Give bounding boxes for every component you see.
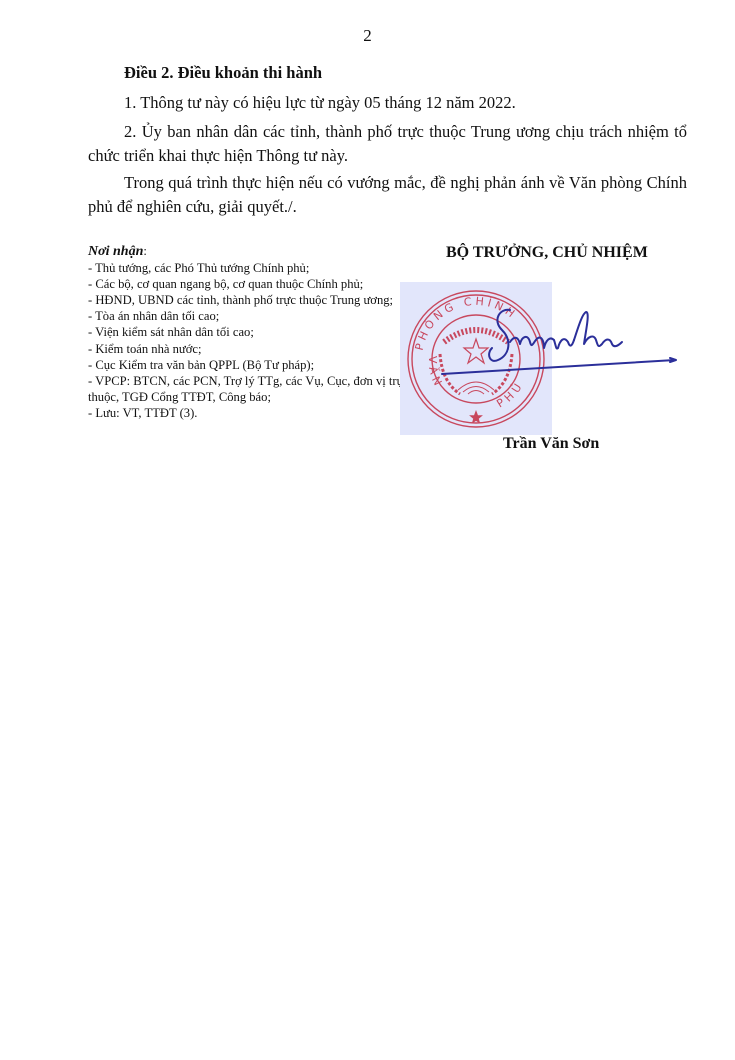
signature-icon <box>440 300 690 390</box>
recipient-item: - Cục Kiểm tra văn bản QPPL (Bộ Tư pháp)… <box>88 357 416 373</box>
article-title: Điều 2. Điều khoản thi hành <box>124 63 322 83</box>
recipient-item: - Viện kiểm sát nhân dân tối cao; <box>88 324 416 340</box>
recipients-heading-label: Nơi nhận <box>88 244 143 259</box>
signer-title: BỘ TRƯỞNG, CHỦ NHIỆM <box>446 244 648 262</box>
recipient-item: - VPCP: BTCN, các PCN, Trợ lý TTg, các V… <box>88 373 416 405</box>
recipient-item: - Kiểm toán nhà nước; <box>88 341 416 357</box>
page-number: 2 <box>0 26 735 46</box>
recipient-item: - HĐND, UBND các tỉnh, thành phố trực th… <box>88 292 416 308</box>
article-paragraph-3: Trong quá trình thực hiện nếu có vướng m… <box>88 171 687 219</box>
article-paragraph-2: 2. Ủy ban nhân dân các tỉnh, thành phố t… <box>88 120 687 168</box>
article-paragraph-1: 1. Thông tư này có hiệu lực từ ngày 05 t… <box>88 91 687 115</box>
recipient-item: - Thủ tướng, các Phó Thủ tướng Chính phủ… <box>88 260 416 276</box>
recipient-item: - Tòa án nhân dân tối cao; <box>88 308 416 324</box>
recipient-item: - Các bộ, cơ quan ngang bộ, cơ quan thuộ… <box>88 276 416 292</box>
signer-name: Trần Văn Sơn <box>503 435 599 453</box>
recipient-item: - Lưu: VT, TTĐT (3). <box>88 405 416 421</box>
recipients-heading: Nơi nhận: <box>88 243 416 260</box>
recipients-block: Nơi nhận: - Thủ tướng, các Phó Thủ tướng… <box>88 243 416 421</box>
recipients-heading-colon: : <box>143 244 147 258</box>
